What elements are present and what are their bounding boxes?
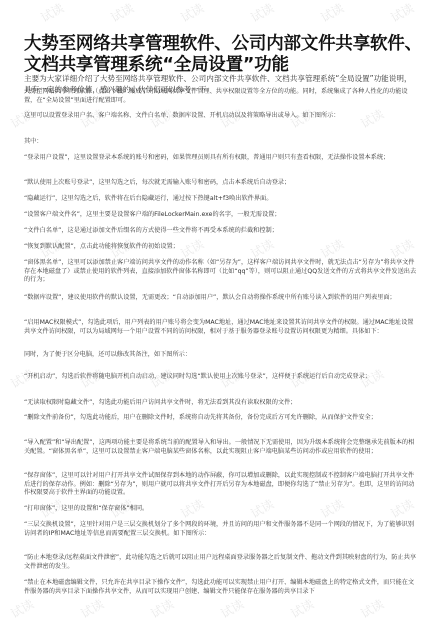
paragraph: “删除文件前备份”，勾选此功能后，用户在删除文件时，系统将自动先将其备份，备份完… <box>24 414 419 423</box>
watermark-text: 试读 <box>387 0 416 26</box>
watermark-text: 试读 <box>77 595 106 620</box>
paragraph: “数据库设置”，建议使用软件的默认设置，无需更改；“自动添加用户”，默认会自动将… <box>24 294 419 303</box>
paragraph: “打印窗体”，这里的设置和“保存窗体”相同。 <box>24 505 419 514</box>
watermark-text: 试读 <box>147 595 176 620</box>
paragraph: 其中： <box>24 138 419 147</box>
paragraph: “禁止在本地磁盘编辑文件，只允许在共享目录下操作文件”，勾选此功能可以实现禁止用… <box>24 579 419 596</box>
paragraph: “隐藏运行”，这里勾选之后，软件将在后台隐藏运行，通过按下热键alt+f3唤出软… <box>24 195 419 204</box>
paragraph: “导入配置”和“导出配置”，这两项功能主要是将系统当前的配置导入和导出。一般情况… <box>24 439 419 456</box>
paragraph: 同时，为了便于区分电脑，还可以修改其备注，如下图所示： <box>24 351 419 360</box>
watermark-text: 试读 <box>107 0 136 26</box>
paragraph: “设置客户端文件名”，这里主要是设置客户端的FileLockerMain.exe… <box>24 211 419 220</box>
watermark-text: 试读 <box>357 595 386 620</box>
watermark-text: 试读 <box>317 0 346 26</box>
paragraph: “登录用户设置”，这里设置登录本系统的账号和密码，如果管理员则具有所有权限，普通… <box>24 154 419 163</box>
paragraph: “恢复到默认配置”，点击此功能将恢复软件的初始设置； <box>24 243 419 252</box>
paragraph: “开机启动”，勾选后软件将随电脑开机自动启动，建议同时勾选“默认使用上次账号登录… <box>24 373 419 382</box>
document-page: 试读 试读 试读 试读 试读 试读 试读 试读 试读 试读 试读 试读 试读 试… <box>0 0 440 620</box>
watermark-text: 试读 <box>247 0 276 26</box>
watermark-text: 试读 <box>177 0 206 26</box>
paragraph: 这里可以设置登录用户名、客户端名称、文件白名单、数据库设置、开机启动以及将策略导… <box>24 112 419 121</box>
watermark-text: 试读 <box>7 595 36 620</box>
paragraph: “无读取权限时隐藏文件”，勾选此功能后用户访问共享文件时，将无法看到其没有读取权… <box>24 399 419 408</box>
paragraph: “三层交换机设置”，这里针对用户是三层交换机划分了多个网段的环境，并且访问的用户… <box>24 521 419 538</box>
watermark-text: 试读 <box>217 595 246 620</box>
paragraph: “窗体黑名单”，这里可以添加禁止客户端访问共享文件的动作名称（如“另存为”，这样… <box>24 259 419 285</box>
watermark-text: 试读 <box>37 0 66 26</box>
watermark-text: 试读 <box>287 595 316 620</box>
document-title: 大势至网络共享管理软件、公司内部文件共享软件、文档共享管理系统“全局设置”功能 <box>24 34 424 76</box>
paragraph: “防止本地登录/远程桌面文件泄密”，此功能勾选之后就可以阻止用户远程桌面登录服务… <box>24 554 419 571</box>
paragraph: “默认使用上次账号登录”，这里勾选之后，每次就无需输入账号和密码，点击本系统后自… <box>24 179 419 188</box>
paragraph: “文件白名单”，这是通过添加文件后缀名的方式使得一些文件将不再受本系统的拦截和控… <box>24 227 419 236</box>
paragraph: “启用MAC权限模式”，勾选此项后，用户列表的用户账号将会变为MAC地址，通过M… <box>24 319 419 336</box>
paragraph: “保存窗体”，这里可以针对用户打开共享文件试图保存到本地的动作屏蔽，你可以增加或… <box>24 472 419 498</box>
paragraph: 大势至网络共享管理软件（点击下载）集成了对局域网共享文件管理、共享权限设置等全方… <box>24 88 419 105</box>
